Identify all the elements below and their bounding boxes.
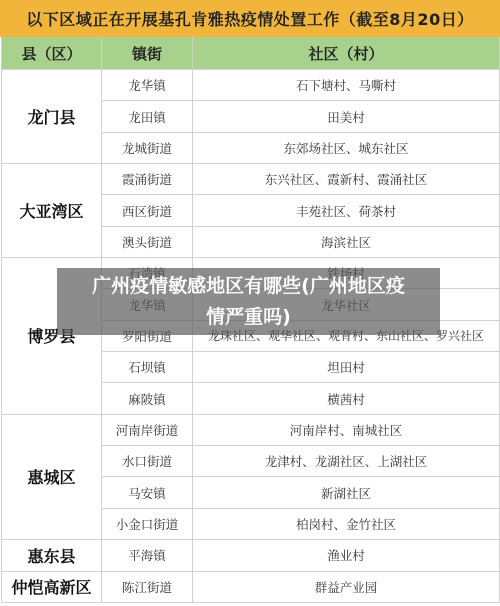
caption-overlay: 广州疫情敏感地区有哪些(广州地区疫 情严重吗) <box>57 268 440 335</box>
header-county: 县（区） <box>2 37 102 70</box>
table-row: 惠城区 河南岸街道 河南岸村、南城社区 <box>2 414 500 445</box>
community-cell: 丰苑社区、荷茶村 <box>193 195 500 226</box>
table-row: 大亚湾区 霞涌街道 东兴社区、霞新村、霞涌社区 <box>2 164 500 195</box>
community-cell: 东兴社区、霞新村、霞涌社区 <box>193 164 500 195</box>
header-row: 县（区） 镇街 社区（村） <box>2 37 500 70</box>
town-cell: 小金口街道 <box>102 508 193 539</box>
community-cell: 柏岗村、金竹社区 <box>193 508 500 539</box>
town-cell: 霞涌街道 <box>102 164 193 195</box>
town-cell: 马安镇 <box>102 477 193 508</box>
town-cell: 澳头街道 <box>102 226 193 257</box>
table-row: 惠东县 平海镇 渔业村 <box>2 540 500 571</box>
table-row: 龙门县 龙华镇 石下塘村、马嘶村 <box>2 70 500 101</box>
community-cell: 横茜村 <box>193 383 500 414</box>
caption-line-1: 广州疫情敏感地区有哪些(广州地区疫 <box>57 271 440 302</box>
town-cell: 河南岸街道 <box>102 414 193 445</box>
community-cell: 龙津村、龙湖社区、上湖社区 <box>193 446 500 477</box>
town-cell: 平海镇 <box>102 540 193 571</box>
town-cell: 麻陂镇 <box>102 383 193 414</box>
community-cell: 河南岸村、南城社区 <box>193 414 500 445</box>
county-cell: 惠城区 <box>2 414 102 539</box>
community-cell: 坦田村 <box>193 352 500 383</box>
county-cell: 仲恺高新区 <box>2 571 102 602</box>
town-cell: 陈江街道 <box>102 571 193 602</box>
county-cell: 龙门县 <box>2 70 102 164</box>
caption-line-2: 情严重吗) <box>57 302 440 333</box>
town-cell: 西区街道 <box>102 195 193 226</box>
town-cell: 龙华镇 <box>102 70 193 101</box>
county-cell: 大亚湾区 <box>2 164 102 258</box>
community-cell: 渔业村 <box>193 540 500 571</box>
header-community: 社区（村） <box>193 37 500 70</box>
community-cell: 群益产业园 <box>193 571 500 602</box>
community-cell: 海滨社区 <box>193 226 500 257</box>
table-row: 仲恺高新区 陈江街道 群益产业园 <box>2 571 500 602</box>
county-cell: 惠东县 <box>2 540 102 571</box>
community-cell: 石下塘村、马嘶村 <box>193 70 500 101</box>
town-cell: 石坝镇 <box>102 352 193 383</box>
town-cell: 龙城街道 <box>102 132 193 163</box>
table-title: 以下区域正在开展基孔肯雅热疫情处置工作（截至8月20日） <box>0 0 500 37</box>
town-cell: 水口街道 <box>102 446 193 477</box>
community-cell: 新湖社区 <box>193 477 500 508</box>
header-town: 镇街 <box>102 37 193 70</box>
town-cell: 龙田镇 <box>102 101 193 132</box>
community-cell: 东郊场社区、城东社区 <box>193 132 500 163</box>
community-cell: 田美村 <box>193 101 500 132</box>
